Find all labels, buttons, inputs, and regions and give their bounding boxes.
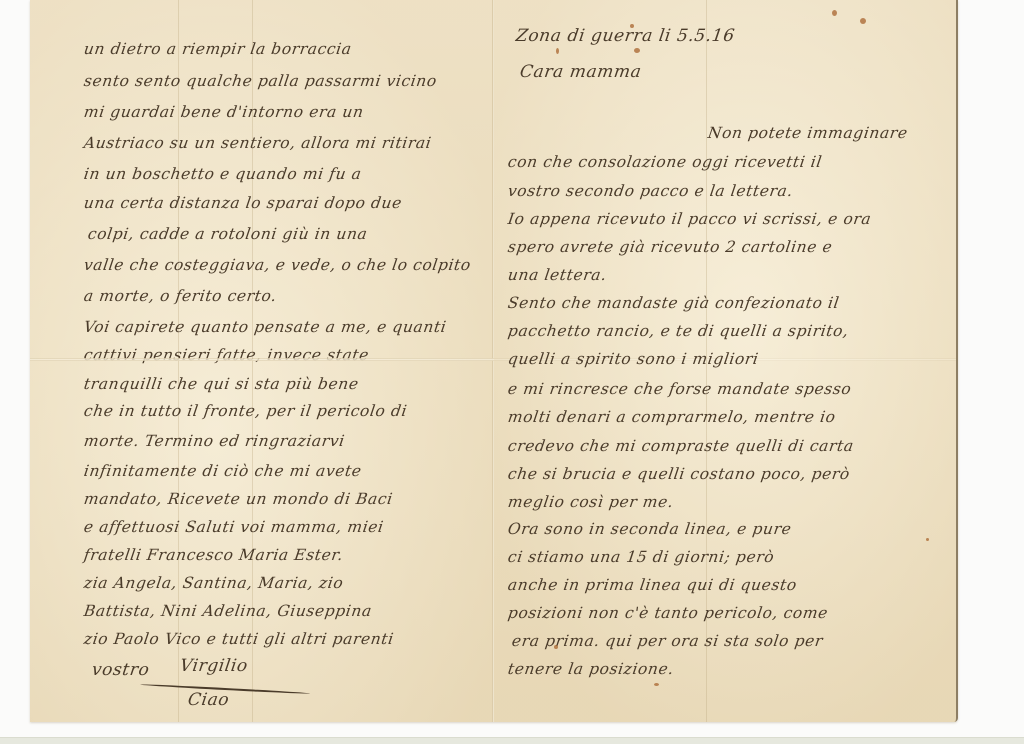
letter-line: posizioni non c'è tanto pericolo, come xyxy=(507,604,830,622)
letter-line: fratelli Francesco Maria Ester. xyxy=(83,546,345,564)
letter-line: Battista, Nini Adelina, Giuseppina xyxy=(83,602,373,620)
letter-line: Non potete immaginare xyxy=(707,124,909,142)
letter-line: credevo che mi compraste quelli di carta xyxy=(507,437,855,455)
letter-line: che in tutto il fronte, per il pericolo … xyxy=(83,402,409,420)
letter-line: sento sento qualche palla passarmi vicin… xyxy=(83,72,438,90)
left-page: un dietro a riempir la borraccia sento s… xyxy=(30,0,492,722)
letter-line: in un boschetto e quando mi fu a xyxy=(83,165,363,183)
stain-spot xyxy=(630,24,634,28)
stain-spot xyxy=(634,48,640,53)
right-page: Zona di guerra li 5.5.16 Cara mamma Non … xyxy=(494,0,956,722)
letter-line: e affettuosi Saluti voi mamma, miei xyxy=(83,518,385,536)
letter-line: vostro secondo pacco e la lettera. xyxy=(507,182,795,200)
letter-line: un dietro a riempir la borraccia xyxy=(83,40,353,58)
letter-line: zio Paolo Vico e tutti gli altri parenti xyxy=(83,630,395,648)
letter-line: a morte, o ferito certo. xyxy=(83,287,278,305)
letter-line: pacchetto rancio, e te di quelli a spiri… xyxy=(507,322,850,340)
letter-line: Ora sono in seconda linea, e pure xyxy=(507,520,793,538)
letter-line: mi guardai bene d'intorno era un xyxy=(83,103,365,121)
letter-line: mandato, Ricevete un mondo di Baci xyxy=(83,490,394,508)
stain-spot xyxy=(860,18,866,24)
letter-line: tranquilli che qui si sta più bene xyxy=(83,375,360,393)
letter-line: anche in prima linea qui di questo xyxy=(507,576,798,594)
letter-line: cattivi pensieri fatte, invece state xyxy=(83,346,371,364)
letter-line: Io appena ricevuto il pacco vi scrissi, … xyxy=(507,210,873,228)
letter-line: valle che costeggiava, e vede, o che lo … xyxy=(83,256,472,274)
letter-line: infinitamente di ciò che mi avete xyxy=(83,462,363,480)
letter-line: quelli a spirito sono i migliori xyxy=(507,350,760,368)
signature: Virgilio xyxy=(179,656,250,676)
stain-spot xyxy=(832,10,837,16)
stain-spot xyxy=(556,48,559,54)
letter-line: e mi rincresce che forse mandate spesso xyxy=(507,380,853,398)
letter-line: colpi, cadde a rotoloni giù in una xyxy=(87,225,369,243)
closing: vostro xyxy=(91,660,151,680)
scanner-edge xyxy=(0,737,1024,744)
letter-line: meglio così per me. xyxy=(507,493,675,511)
letter-sheet: un dietro a riempir la borraccia sento s… xyxy=(30,0,958,722)
postscript: Ciao xyxy=(187,690,231,710)
stain-spot xyxy=(554,645,558,649)
letter-line: ci stiamo una 15 di giorni; però xyxy=(507,548,776,566)
letter-line: Sento che mandaste già confezionato il xyxy=(507,294,841,312)
letter-line: zia Angela, Santina, Maria, zio xyxy=(83,574,345,592)
letter-line: spero avrete già ricevuto 2 cartoline e xyxy=(507,238,834,256)
letter-line: con che consolazione oggi ricevetti il xyxy=(507,153,824,171)
salutation: Cara mamma xyxy=(519,62,643,82)
letter-line: una lettera. xyxy=(507,266,608,284)
stain-spot xyxy=(654,683,659,686)
stain-spot xyxy=(926,538,929,541)
letter-line: Voi capirete quanto pensate a me, e quan… xyxy=(83,318,448,336)
letter-dateline: Zona di guerra li 5.5.16 xyxy=(515,26,737,46)
letter-line: molti denari a comprarmelo, mentre io xyxy=(507,408,837,426)
letter-line: morte. Termino ed ringraziarvi xyxy=(83,432,346,450)
letter-line: Austriaco su un sentiero, allora mi riti… xyxy=(83,134,433,152)
letter-line: che si brucia e quelli costano poco, per… xyxy=(507,465,851,483)
letter-line: tenere la posizione. xyxy=(507,660,675,678)
letter-line: una certa distanza lo sparai dopo due xyxy=(83,194,404,212)
